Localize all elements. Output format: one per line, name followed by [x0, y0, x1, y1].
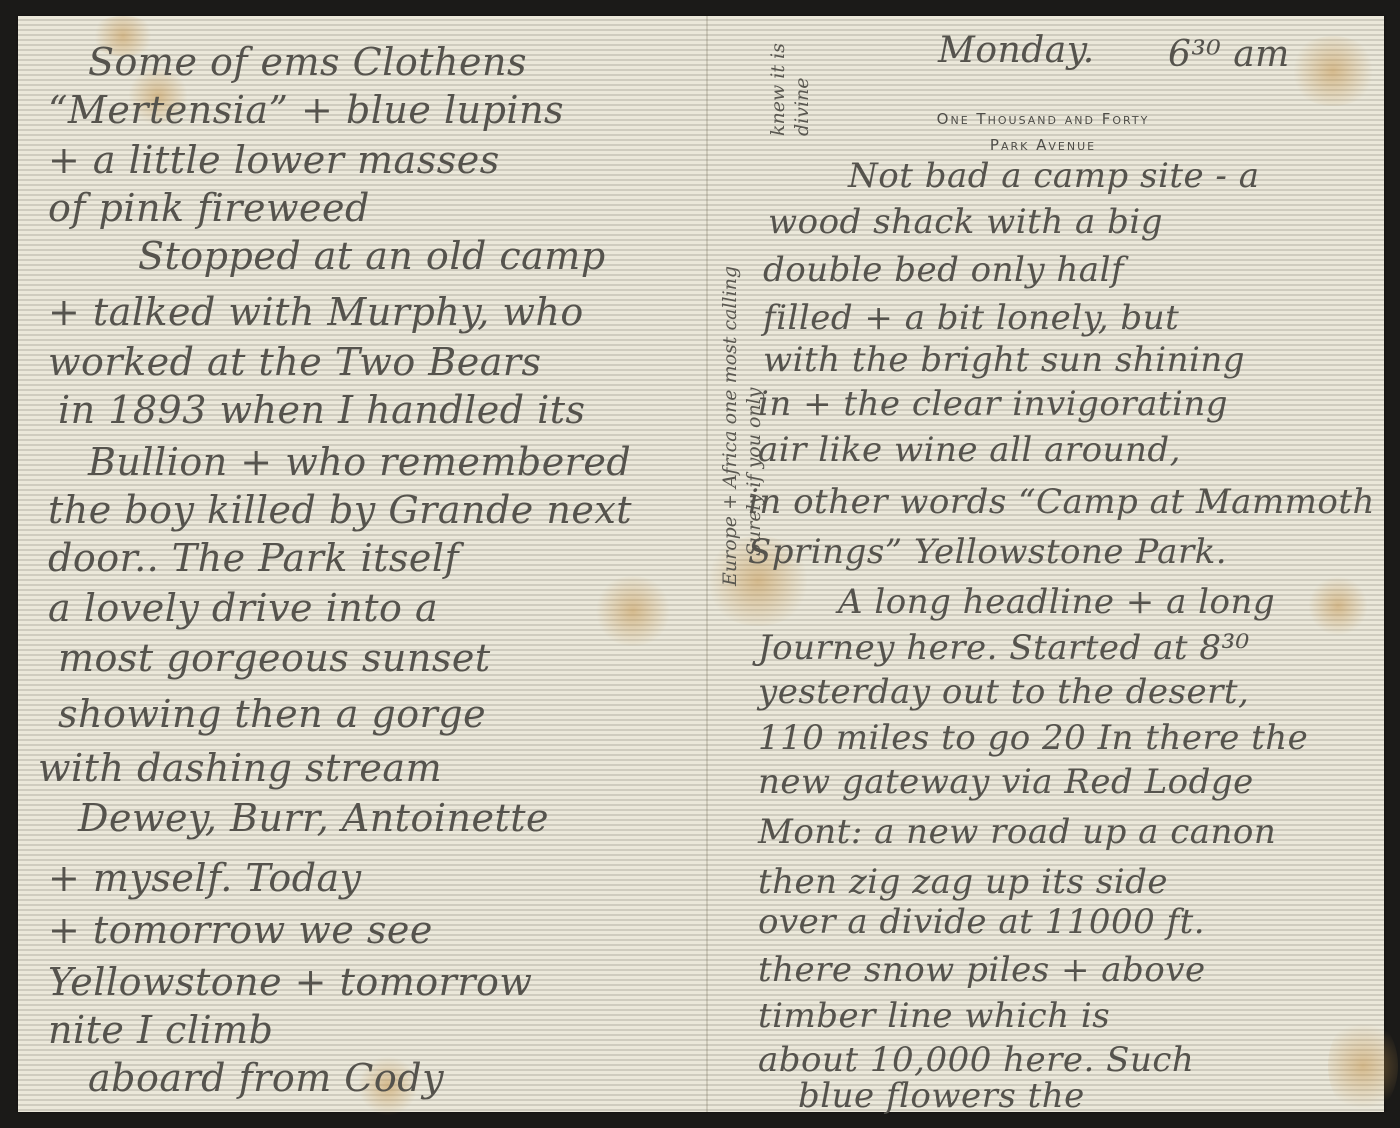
text-line: + myself. Today — [48, 856, 362, 900]
text-line: air like wine all around, — [758, 430, 1181, 470]
letter-sheet: Monday. 6³⁰ am One Thousand and Forty Pa… — [18, 16, 1384, 1112]
text-line: aboard from Cody — [88, 1056, 444, 1100]
text-line: in + the clear invigorating — [758, 384, 1228, 424]
stain — [593, 576, 673, 646]
text-line: Bullion + who remembered — [88, 440, 631, 484]
stain — [1308, 576, 1368, 636]
text-line: Mont: a new road up a canon — [758, 812, 1276, 852]
text-line: Not bad a camp site - a — [848, 156, 1259, 196]
stain — [1328, 1016, 1398, 1116]
text-line: there snow piles + above — [758, 950, 1206, 990]
text-line: in 1893 when I handled its — [58, 388, 586, 432]
text-line: with the bright sun shining — [763, 340, 1245, 380]
text-line: timber line which is — [758, 996, 1110, 1036]
text-line: most gorgeous sunset — [58, 636, 491, 680]
text-line: wood shack with a big — [768, 202, 1163, 242]
text-line: a lovely drive into a — [48, 586, 438, 630]
text-line: door.. The Park itself — [48, 536, 459, 580]
text-line: Journey here. Started at 8³⁰ — [758, 628, 1250, 668]
text-line: over a divide at 11000 ft. — [758, 902, 1205, 942]
letterhead-line-1: One Thousand and Forty — [898, 110, 1188, 128]
text-line: Yellowstone + tomorrow — [48, 960, 532, 1004]
text-line: blue flowers the — [798, 1076, 1085, 1116]
text-line: then zig zag up its side — [758, 862, 1168, 902]
letterhead-line-2: Park Avenue — [898, 136, 1188, 154]
text-line: showing then a gorge — [58, 692, 486, 736]
text-line: worked at the Two Bears — [48, 340, 542, 384]
text-line: about 10,000 here. Such — [758, 1040, 1194, 1080]
text-line: Dewey, Burr, Antoinette — [78, 796, 549, 840]
text-line: in other words “Camp at Mammoth — [748, 482, 1375, 522]
margin-note-line: Europe + Africa one most calling — [718, 16, 742, 596]
text-line: + tomorrow we see — [48, 908, 433, 952]
text-line: + talked with Murphy, who — [48, 290, 584, 334]
text-line: Some of ems Clothens — [88, 40, 527, 84]
text-line: with dashing stream — [38, 746, 442, 790]
stain — [1288, 36, 1378, 106]
text-line: + a little lower masses — [48, 138, 500, 182]
text-line: the boy killed by Grande next — [48, 488, 632, 532]
text-line: of pink fireweed — [48, 186, 370, 230]
text-line: double bed only half — [763, 250, 1124, 290]
text-line: 110 miles to go 20 In there the — [758, 718, 1308, 758]
header-day: Monday. — [938, 30, 1095, 71]
text-line: nite I climb — [48, 1008, 274, 1052]
header-time: 6³⁰ am — [1168, 34, 1290, 75]
text-line: yesterday out to the desert, — [758, 672, 1249, 712]
text-line: Stopped at an old camp — [138, 234, 606, 278]
text-line: A long headline + a long — [838, 582, 1275, 622]
text-line: “Mertensia” + blue lupins — [48, 88, 564, 132]
text-line: new gateway via Red Lodge — [758, 762, 1254, 802]
text-line: Springs” Yellowstone Park. — [748, 532, 1227, 572]
text-line: filled + a bit lonely, but — [763, 298, 1179, 338]
